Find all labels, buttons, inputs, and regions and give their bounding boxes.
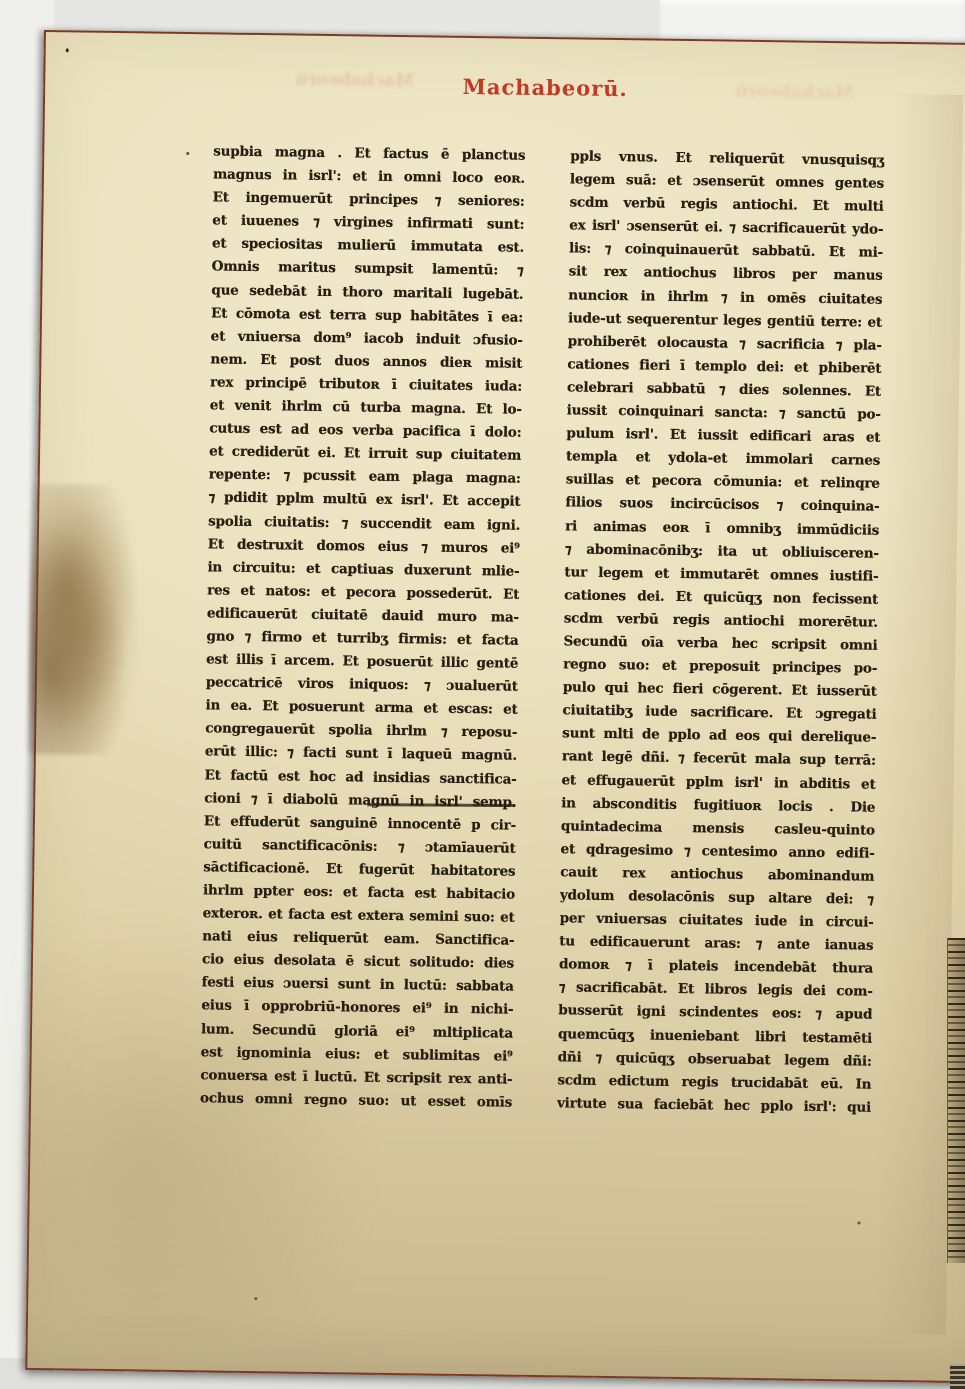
text-line: virtute sua faciebāt hec pplo isrl': qui	[557, 1092, 871, 1119]
ink-speck	[857, 1221, 860, 1224]
photograph-of-manuscript: { "page": { "running_title": "Machabeorū…	[0, 0, 965, 1389]
text-line: ochus omni regno suo: ut esset omīs	[200, 1087, 512, 1114]
fore-edge-pages	[947, 938, 965, 1263]
ink-speck	[186, 152, 189, 155]
text-column-right: ppls vnus. Et reliquerūt vnusquisqʒlegem…	[557, 145, 885, 1119]
show-through-text-left: Machabeorū	[295, 70, 414, 92]
ink-speck	[254, 1297, 257, 1300]
text-column-left: supbia magna . Et factus ē planctusmagnu…	[200, 140, 526, 1114]
manuscript-page: Machabeorū Machabeorū Machabeorū. supbia…	[25, 30, 965, 1383]
fore-edge-pages-corner	[950, 1364, 965, 1389]
ink-speck	[66, 48, 69, 52]
show-through-text-right: Machabeorū	[735, 82, 854, 104]
running-title: Machabeorū.	[405, 73, 685, 102]
stain-left-margin	[28, 484, 152, 756]
